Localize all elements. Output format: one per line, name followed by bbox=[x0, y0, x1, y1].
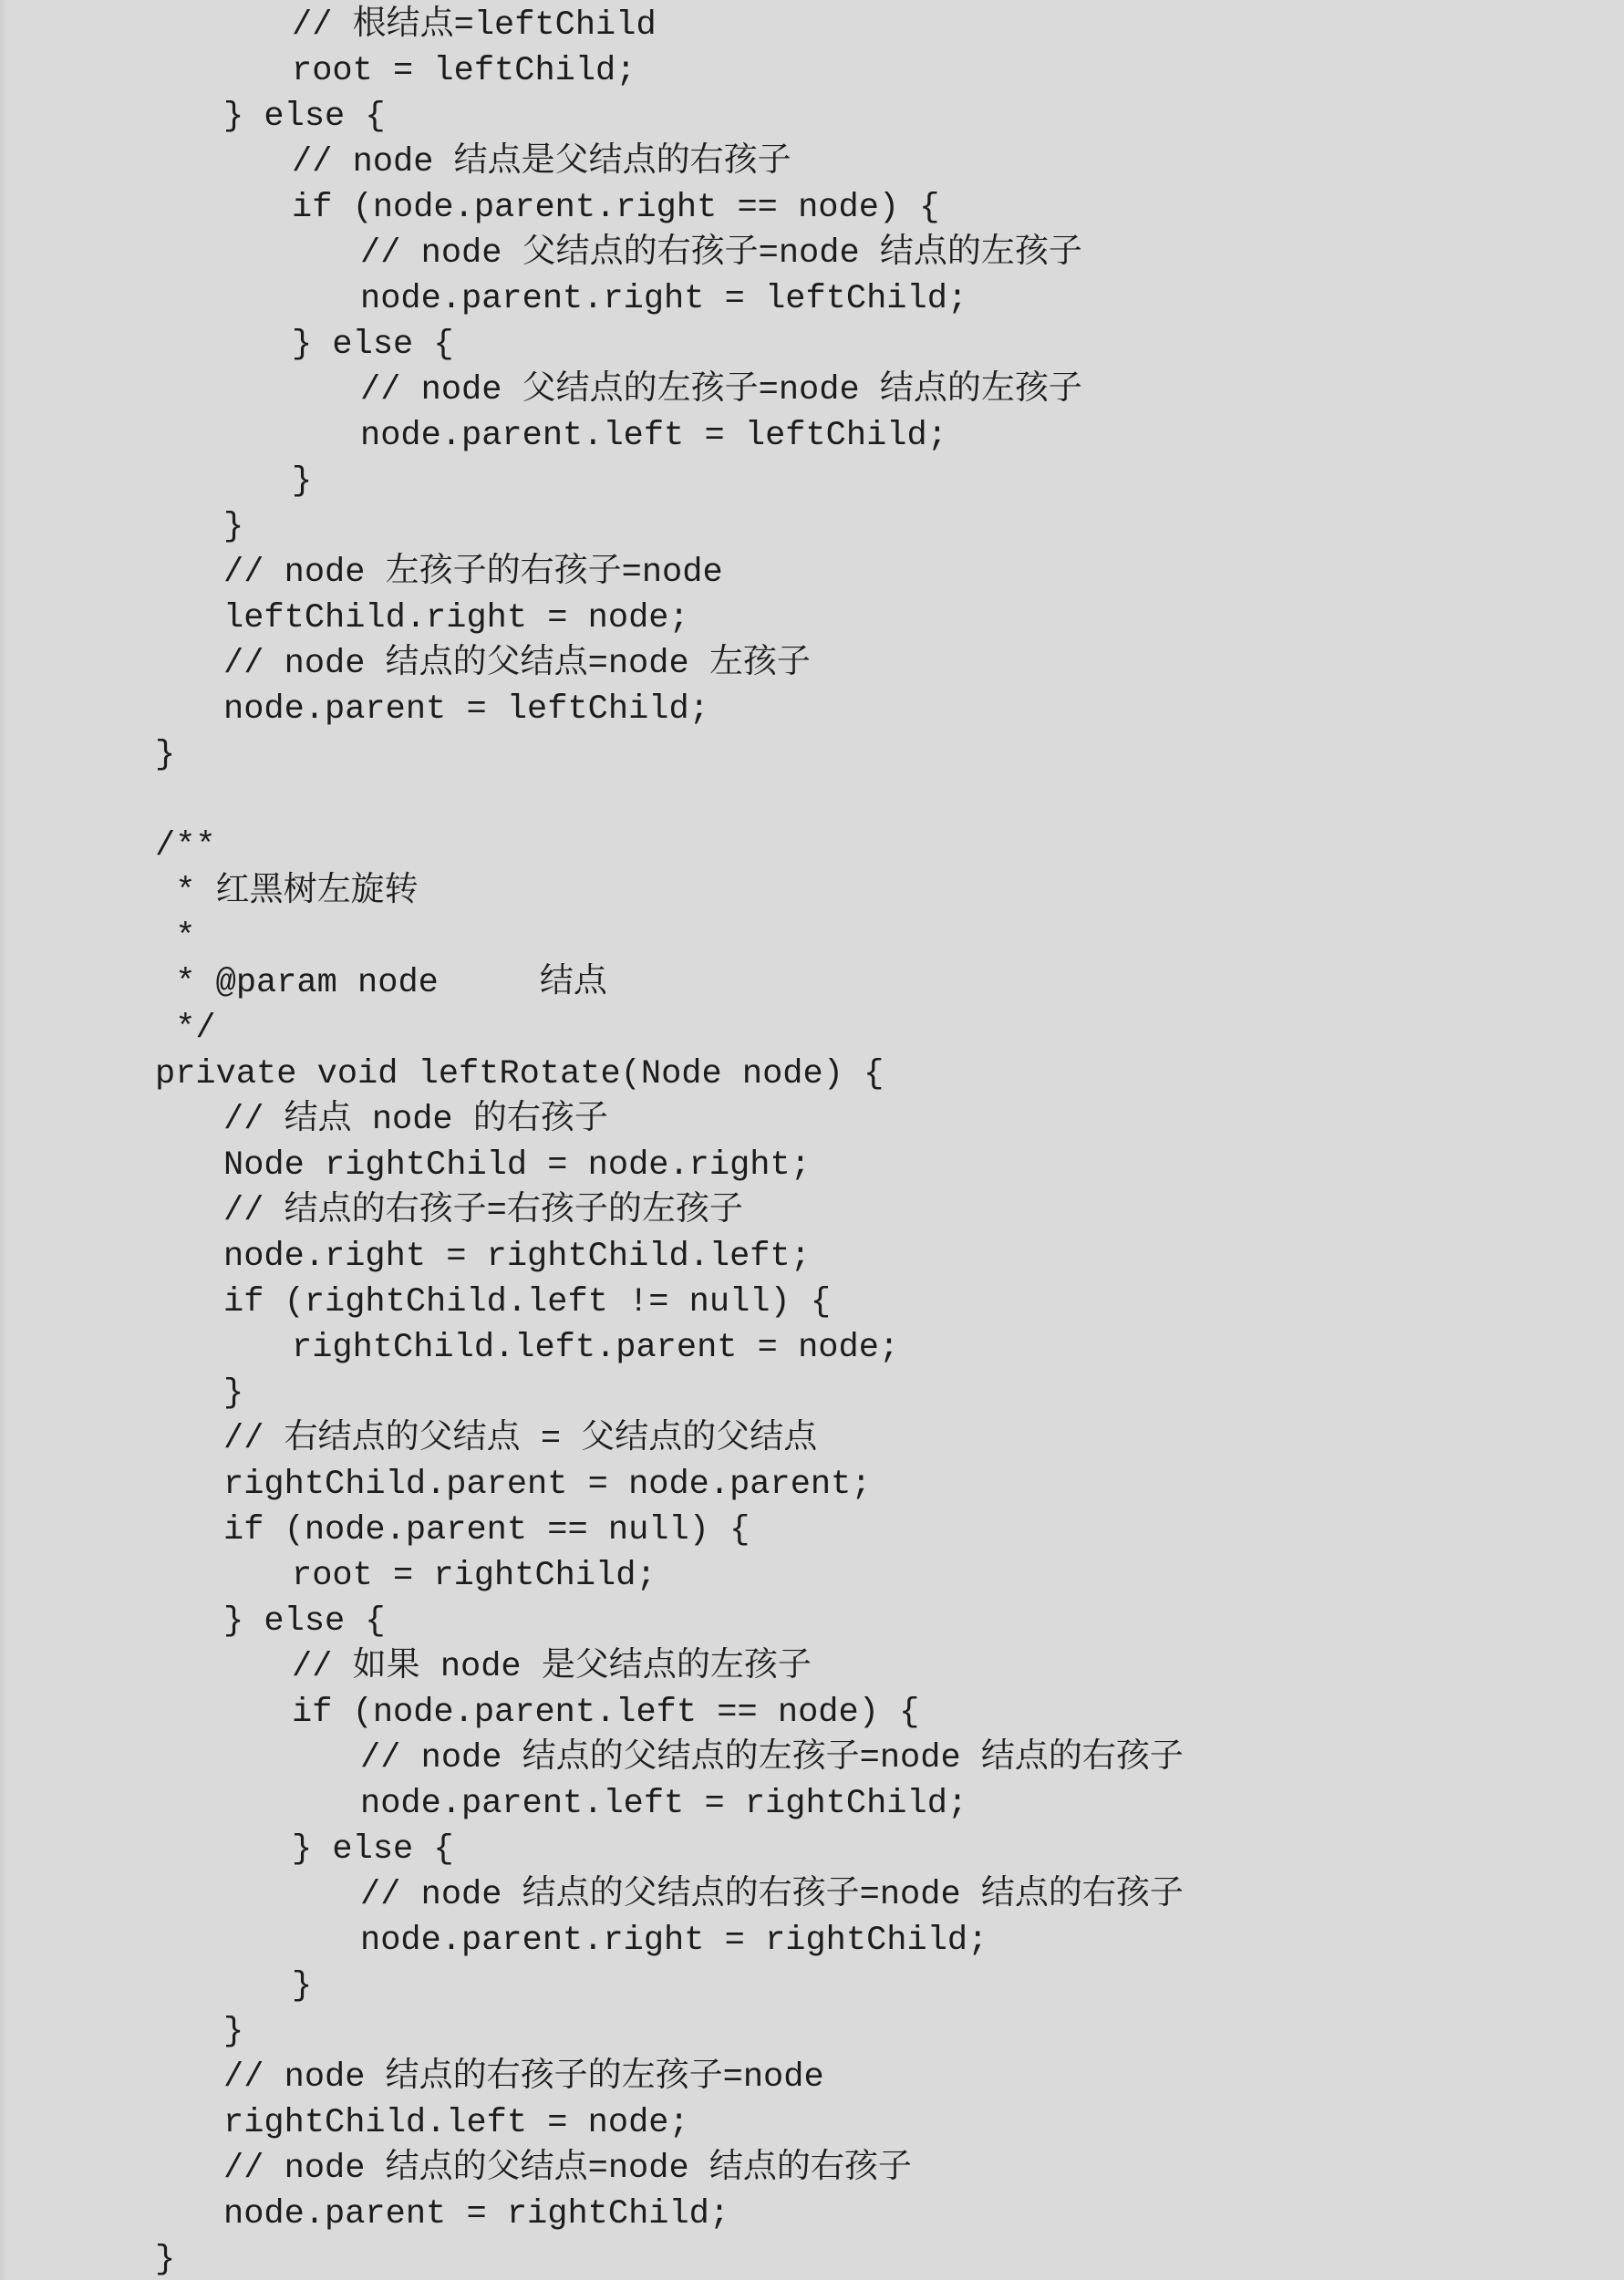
code-line: // node 结点的父结点=node 左孩子 bbox=[155, 641, 1184, 687]
code-line: root = leftChild; bbox=[155, 48, 1184, 94]
code-line-text: rightChild.left.parent = node; bbox=[292, 1325, 899, 1371]
code-line: // node 结点的父结点的右孩子=node 结点的右孩子 bbox=[155, 1872, 1184, 1918]
code-line-text: if (node.parent.right == node) { bbox=[292, 185, 940, 231]
code-line: // node 父结点的右孩子=node 结点的左孩子 bbox=[155, 231, 1184, 276]
code-line: node.parent.left = rightChild; bbox=[155, 1781, 1184, 1827]
code-line-text: node.parent.left = rightChild; bbox=[360, 1781, 967, 1827]
code-line: // node 结点的父结点的左孩子=node 结点的右孩子 bbox=[155, 1736, 1184, 1781]
javadoc-line: */ bbox=[155, 1006, 1184, 1052]
blank-line bbox=[155, 778, 1184, 824]
code-line-text: } else { bbox=[223, 1599, 386, 1644]
code-line-text: } bbox=[292, 1964, 312, 2009]
code-line-text: node.parent = leftChild; bbox=[223, 687, 709, 732]
code-line: } bbox=[155, 732, 1184, 778]
code-line: } else { bbox=[155, 94, 1184, 140]
code-line: if (rightChild.left != null) { bbox=[155, 1280, 1184, 1325]
code-line-text: // node 结点的父结点的右孩子=node 结点的右孩子 bbox=[360, 1872, 1184, 1918]
code-line: if (node.parent.left == node) { bbox=[155, 1690, 1184, 1736]
code-line-text: if (rightChild.left != null) { bbox=[223, 1280, 831, 1325]
code-line-text: */ bbox=[155, 1006, 216, 1052]
method-signature: private void leftRotate(Node node) { bbox=[155, 1052, 1184, 1097]
code-line: // 结点 node 的右孩子 bbox=[155, 1097, 1184, 1143]
javadoc-line: /** bbox=[155, 824, 1184, 869]
code-line: node.parent = leftChild; bbox=[155, 687, 1184, 732]
code-line-text: } bbox=[223, 1371, 243, 1416]
code-line: // 结点的右孩子=右孩子的左孩子 bbox=[155, 1188, 1184, 1234]
code-line: node.right = rightChild.left; bbox=[155, 1234, 1184, 1280]
code-line: leftChild.right = node; bbox=[155, 596, 1184, 641]
code-line: } else { bbox=[155, 1599, 1184, 1644]
code-line: rightChild.left = node; bbox=[155, 2100, 1184, 2146]
code-line: if (node.parent.right == node) { bbox=[155, 185, 1184, 231]
code-line: node.parent.left = leftChild; bbox=[155, 413, 1184, 459]
code-line-text: // node 结点的父结点=node 结点的右孩子 bbox=[223, 2146, 912, 2192]
code-line: } bbox=[155, 1371, 1184, 1416]
code-line-text: } bbox=[292, 459, 312, 504]
code-line: // node 结点的父结点=node 结点的右孩子 bbox=[155, 2146, 1184, 2192]
code-line: // 根结点=leftChild bbox=[155, 3, 1184, 48]
code-line-text: root = rightChild; bbox=[292, 1553, 657, 1599]
page-left-edge-shadow bbox=[0, 0, 7, 2280]
code-line-text: * bbox=[155, 915, 195, 960]
javadoc-line: * 红黑树左旋转 bbox=[155, 869, 1184, 915]
code-line-text: rightChild.parent = node.parent; bbox=[223, 1462, 872, 1508]
code-line-text: leftChild.right = node; bbox=[223, 596, 689, 641]
code-line: node.parent = rightChild; bbox=[155, 2192, 1184, 2237]
code-line-text: // 如果 node 是父结点的左孩子 bbox=[292, 1644, 812, 1690]
code-line: // node 左孩子的右孩子=node bbox=[155, 550, 1184, 596]
code-line-text: // node 结点的父结点=node 左孩子 bbox=[223, 641, 811, 687]
code-line-text: } bbox=[155, 732, 175, 778]
code-line-text: Node rightChild = node.right; bbox=[223, 1143, 811, 1188]
code-line: } bbox=[155, 459, 1184, 504]
code-line-text: // node 左孩子的右孩子=node bbox=[223, 550, 723, 596]
code-line-text: * 红黑树左旋转 bbox=[155, 869, 419, 915]
code-line-text: * @param node 结点 bbox=[155, 960, 607, 1006]
code-line-text: } bbox=[223, 2009, 243, 2055]
code-line: if (node.parent == null) { bbox=[155, 1508, 1184, 1553]
code-listing: // 根结点=leftChildroot = leftChild;} else … bbox=[155, 3, 1184, 2280]
javadoc-line: * @param node 结点 bbox=[155, 960, 1184, 1006]
code-line: node.parent.right = leftChild; bbox=[155, 276, 1184, 322]
code-line-text: } else { bbox=[292, 1827, 454, 1872]
code-line-text: } else { bbox=[223, 94, 386, 140]
code-line-text: } else { bbox=[292, 322, 454, 368]
code-line-text: node.parent.right = rightChild; bbox=[360, 1918, 988, 1964]
code-line: // 右结点的父结点 = 父结点的父结点 bbox=[155, 1416, 1184, 1462]
code-line: rightChild.left.parent = node; bbox=[155, 1325, 1184, 1371]
code-line-text: } bbox=[223, 504, 243, 550]
javadoc-line: * bbox=[155, 915, 1184, 960]
code-line-text: if (node.parent == null) { bbox=[223, 1508, 750, 1553]
code-line-text: // node 父结点的右孩子=node 结点的左孩子 bbox=[360, 231, 1082, 276]
code-line: } else { bbox=[155, 322, 1184, 368]
code-line: root = rightChild; bbox=[155, 1553, 1184, 1599]
code-line-text: // node 结点的右孩子的左孩子=node bbox=[223, 2055, 824, 2100]
code-line: } else { bbox=[155, 1827, 1184, 1872]
code-line: } bbox=[155, 2009, 1184, 2055]
code-line-text: node.parent = rightChild; bbox=[223, 2192, 729, 2237]
code-line-text: // 右结点的父结点 = 父结点的父结点 bbox=[223, 1416, 817, 1462]
code-line-text: // 结点 node 的右孩子 bbox=[223, 1097, 608, 1143]
code-line: // node 结点的右孩子的左孩子=node bbox=[155, 2055, 1184, 2100]
code-line-text: if (node.parent.left == node) { bbox=[292, 1690, 919, 1736]
code-line: rightChild.parent = node.parent; bbox=[155, 1462, 1184, 1508]
code-line: Node rightChild = node.right; bbox=[155, 1143, 1184, 1188]
code-line-text: node.parent.left = leftChild; bbox=[360, 413, 947, 459]
code-line-text: private void leftRotate(Node node) { bbox=[155, 1052, 884, 1097]
code-line-text: // node 父结点的左孩子=node 结点的左孩子 bbox=[360, 368, 1082, 413]
code-line: } bbox=[155, 1964, 1184, 2009]
code-line: // node 父结点的左孩子=node 结点的左孩子 bbox=[155, 368, 1184, 413]
code-line-text: // 根结点=leftChild bbox=[292, 3, 657, 48]
code-line-text: // node 结点的父结点的左孩子=node 结点的右孩子 bbox=[360, 1736, 1184, 1781]
code-line-text: /** bbox=[155, 824, 216, 869]
code-line: } bbox=[155, 2237, 1184, 2280]
code-line: node.parent.right = rightChild; bbox=[155, 1918, 1184, 1964]
code-line-text: // node 结点是父结点的右孩子 bbox=[292, 140, 791, 185]
code-line: // node 结点是父结点的右孩子 bbox=[155, 140, 1184, 185]
code-line-text: node.right = rightChild.left; bbox=[223, 1234, 811, 1280]
code-line-text: root = leftChild; bbox=[292, 48, 636, 94]
code-line: } bbox=[155, 504, 1184, 550]
code-line-text: node.parent.right = leftChild; bbox=[360, 276, 967, 322]
code-line: // 如果 node 是父结点的左孩子 bbox=[155, 1644, 1184, 1690]
code-line-text: } bbox=[155, 2237, 175, 2280]
code-line-text: // 结点的右孩子=右孩子的左孩子 bbox=[223, 1188, 743, 1234]
code-line-text: rightChild.left = node; bbox=[223, 2100, 689, 2146]
